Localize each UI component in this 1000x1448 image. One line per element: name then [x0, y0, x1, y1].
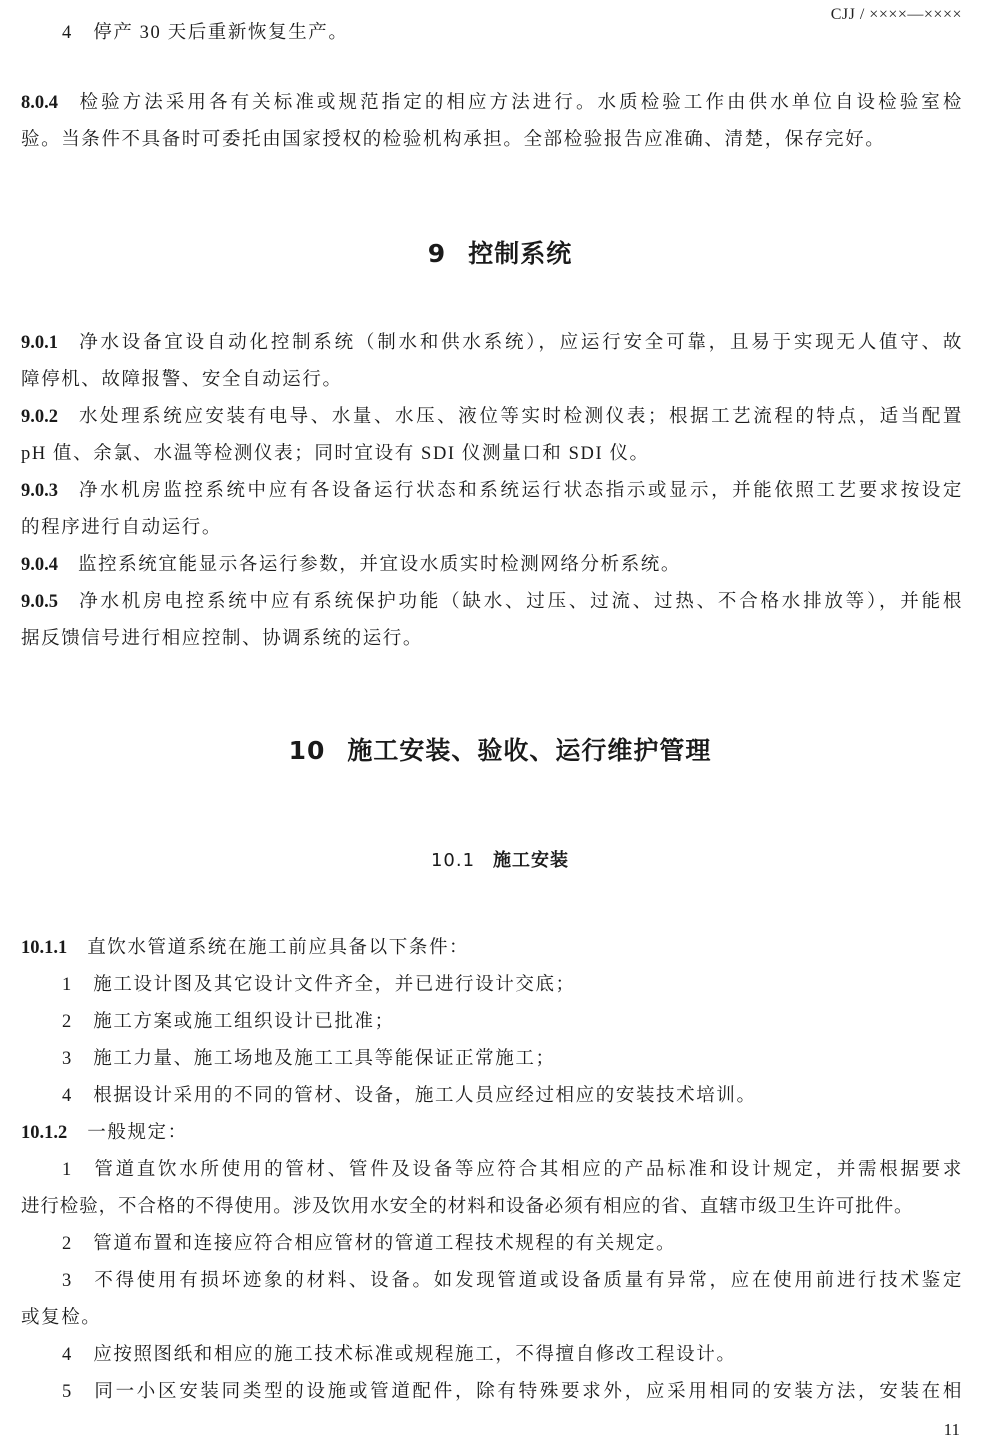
list-item-number: 1 — [62, 1157, 71, 1183]
clause-number: 9.0.4 — [21, 552, 58, 578]
list-item-number: 3 — [62, 1268, 71, 1294]
list-item-continuation: 进行检验，不合格的不得使用。涉及饮用水安全的材料和设备必须有相应的省、直辖市级卫… — [21, 1194, 963, 1220]
list-item-continuation: 或复检。 — [21, 1305, 963, 1331]
chapter-number: 10 — [289, 736, 326, 765]
list-item: 5同一小区安装同类型的设施或管道配件，除有特殊要求外，应采用相同的安装方法，安装… — [62, 1379, 963, 1405]
document-page: CJJ / ××××—×××× 4停产 30 天后重新恢复生产。 8.0.4检验… — [0, 0, 1000, 1448]
chapter-title: 控制系统 — [468, 239, 572, 268]
list-item-text: 根据设计采用的不同的管材、设备，施工人员应经过相应的安装技术培训。 — [93, 1086, 756, 1106]
list-item: 1施工设计图及其它设计文件齐全，并已进行设计交底； — [62, 972, 963, 998]
clause-9-0-3-line2: 的程序进行自动运行。 — [21, 515, 963, 541]
clause-9-0-3-line1: 9.0.3净水机房监控系统中应有各设备运行状态和系统运行状态指示或显示，并能依照… — [21, 478, 963, 504]
list-item-text: 施工力量、施工场地及施工工具等能保证正常施工； — [93, 1049, 555, 1069]
list-item-number: 5 — [62, 1379, 71, 1405]
clause-number: 10.1.2 — [21, 1120, 67, 1146]
list-item-number: 4 — [62, 1342, 71, 1368]
list-item-text: 管道直饮水所使用的管材、管件及设备等应符合其相应的产品标准和设计规定，并需根据要… — [93, 1160, 963, 1180]
list-item-number: 2 — [62, 1231, 71, 1257]
list-item-number: 4 — [62, 1083, 71, 1109]
clause-text: 净水机房监控系统中应有各设备运行状态和系统运行状态指示或显示，并能依照工艺要求按… — [78, 481, 963, 501]
list-item: 4根据设计采用的不同的管材、设备，施工人员应经过相应的安装技术培训。 — [62, 1083, 963, 1109]
list-item: 1管道直饮水所使用的管材、管件及设备等应符合其相应的产品标准和设计规定，并需根据… — [62, 1157, 963, 1183]
list-item-text: 同一小区安装同类型的设施或管道配件，除有特殊要求外，应采用相同的安装方法，安装在… — [93, 1382, 963, 1402]
clause-number: 9.0.2 — [21, 404, 58, 430]
chapter-title: 施工安装、验收、运行维护管理 — [347, 736, 711, 765]
clause-9-0-4: 9.0.4监控系统宜能显示各运行参数，并宜设水质实时检测网络分析系统。 — [21, 552, 963, 578]
clause-text: 直饮水管道系统在施工前应具备以下条件： — [87, 938, 469, 958]
clause-text: 净水设备宜设自动化控制系统（制水和供水系统），应运行安全可靠，且易于实现无人值守… — [78, 333, 963, 353]
clause-text: 一般规定： — [87, 1123, 188, 1143]
clause-number: 9.0.3 — [21, 478, 58, 504]
clause-number: 10.1.1 — [21, 935, 67, 961]
clause-text: 水处理系统应安装有电导、水量、水压、液位等实时检测仪表；根据工艺流程的特点，适当… — [78, 407, 963, 427]
list-item-number: 4 — [62, 20, 71, 46]
clause-number: 9.0.1 — [21, 330, 58, 356]
clause-8-0-4-line1: 8.0.4检验方法采用各有关标准或规范指定的相应方法进行。水质检验工作由供水单位… — [21, 90, 963, 116]
clause-9-0-1-line2: 障停机、故障报警、安全自动运行。 — [21, 367, 963, 393]
clause-9-0-5-line1: 9.0.5净水机房电控系统中应有系统保护功能（缺水、过压、过流、过热、不合格水排… — [21, 589, 963, 615]
chapter-number: 9 — [428, 239, 446, 268]
list-item: 2管道布置和连接应符合相应管材的管道工程技术规程的有关规定。 — [62, 1231, 963, 1257]
page-number: 11 — [944, 1420, 960, 1440]
clause-9-0-2-line1: 9.0.2水处理系统应安装有电导、水量、水压、液位等实时检测仪表；根据工艺流程的… — [21, 404, 963, 430]
list-item-text: 施工设计图及其它设计文件齐全，并已进行设计交底； — [93, 975, 575, 995]
clause-8-0-4-line2: 验。当条件不具备时可委托由国家授权的检验机构承担。全部检验报告应准确、清楚，保存… — [21, 127, 963, 153]
list-item-text: 不得使用有损坏迹象的材料、设备。如发现管道或设备质量有异常，应在使用前进行技术鉴… — [93, 1271, 963, 1291]
list-item-number: 2 — [62, 1009, 71, 1035]
list-item-text: 管道布置和连接应符合相应管材的管道工程技术规程的有关规定。 — [93, 1234, 676, 1254]
section-10-1-heading: 10.1施工安装 — [0, 846, 1000, 872]
list-item-number: 3 — [62, 1046, 71, 1072]
list-item-text: 停产 30 天后重新恢复生产。 — [93, 23, 348, 43]
clause-10-1-2: 10.1.2一般规定： — [21, 1120, 963, 1146]
clause-number: 9.0.5 — [21, 589, 58, 615]
list-item-text: 施工方案或施工组织设计已批准； — [93, 1012, 395, 1032]
list-item: 3不得使用有损坏迹象的材料、设备。如发现管道或设备质量有异常，应在使用前进行技术… — [62, 1268, 963, 1294]
clause-10-1-1: 10.1.1直饮水管道系统在施工前应具备以下条件： — [21, 935, 963, 961]
clause-text: 检验方法采用各有关标准或规范指定的相应方法进行。水质检验工作由供水单位自设检验室… — [78, 93, 963, 113]
chapter-10-heading: 10施工安装、验收、运行维护管理 — [0, 731, 1000, 767]
list-item: 4应按照图纸和相应的施工技术标准或规程施工，不得擅自修改工程设计。 — [62, 1342, 963, 1368]
list-item: 2施工方案或施工组织设计已批准； — [62, 1009, 963, 1035]
list-item-text: 应按照图纸和相应的施工技术标准或规程施工，不得擅自修改工程设计。 — [93, 1345, 736, 1365]
list-item: 4停产 30 天后重新恢复生产。 — [62, 20, 963, 46]
chapter-9-heading: 9控制系统 — [0, 234, 1000, 270]
clause-9-0-2-line2: pH 值、余氯、水温等检测仪表；同时宜设有 SDI 仪测量口和 SDI 仪。 — [21, 441, 963, 467]
clause-number: 8.0.4 — [21, 90, 58, 116]
clause-9-0-5-line2: 据反馈信号进行相应控制、协调系统的运行。 — [21, 626, 963, 652]
section-number: 10.1 — [431, 850, 475, 871]
list-item-number: 1 — [62, 972, 71, 998]
section-title: 施工安装 — [493, 850, 569, 871]
clause-text: 净水机房电控系统中应有系统保护功能（缺水、过压、过流、过热、不合格水排放等），并… — [78, 592, 963, 612]
clause-text: 监控系统宜能显示各运行参数，并宜设水质实时检测网络分析系统。 — [78, 555, 681, 575]
clause-9-0-1-line1: 9.0.1净水设备宜设自动化控制系统（制水和供水系统），应运行安全可靠，且易于实… — [21, 330, 963, 356]
list-item: 3施工力量、施工场地及施工工具等能保证正常施工； — [62, 1046, 963, 1072]
